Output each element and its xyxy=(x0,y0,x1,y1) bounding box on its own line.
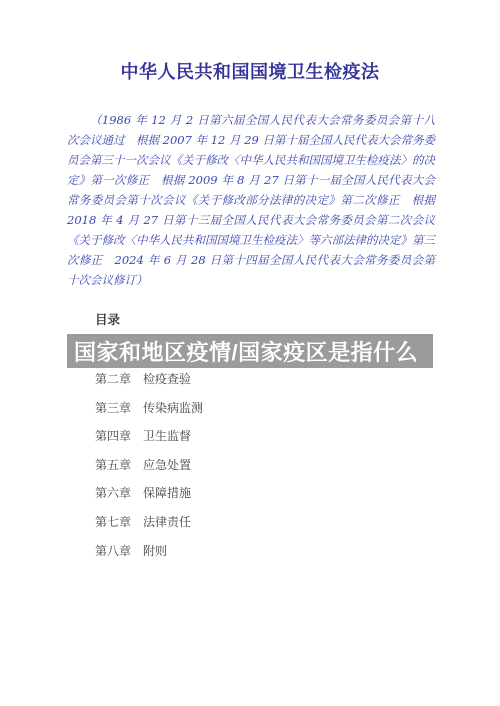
preamble-paragraph: （1986 年 12 月 2 日第六届全国人民代表大会常务委员会第十八次会议通过… xyxy=(67,110,435,290)
overlay-caption-banner: 国家和地区疫情/国家疫区是指什么 xyxy=(67,334,433,368)
toc-heading: 目录 xyxy=(95,310,120,328)
document-page: 中华人民共和国国境卫生检疫法 （1986 年 12 月 2 日第六届全国人民代表… xyxy=(0,0,500,706)
toc-item-chapter-2: 第二章 检疫查验 xyxy=(95,365,203,394)
toc-item-chapter-6: 第六章 保障措施 xyxy=(95,479,203,508)
toc-item-chapter-3: 第三章 传染病监测 xyxy=(95,394,203,423)
toc-item-chapter-4: 第四章 卫生监督 xyxy=(95,422,203,451)
toc-item-chapter-8: 第八章 附则 xyxy=(95,537,203,566)
toc-item-chapter-5: 第五章 应急处置 xyxy=(95,451,203,480)
toc-item-chapter-7: 第七章 法律责任 xyxy=(95,508,203,537)
document-title: 中华人民共和国国境卫生检疫法 xyxy=(0,58,500,84)
toc-list: 第二章 检疫查验 第三章 传染病监测 第四章 卫生监督 第五章 应急处置 第六章… xyxy=(95,365,203,565)
overlay-caption-text: 国家和地区疫情/国家疫区是指什么 xyxy=(67,336,418,367)
